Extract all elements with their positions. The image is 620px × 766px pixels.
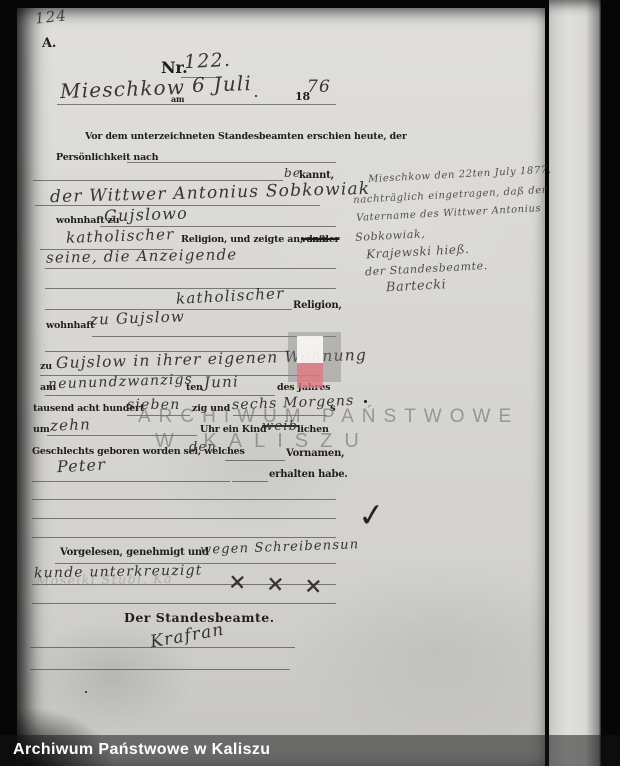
ruled-line: [57, 104, 336, 105]
ruled-line: [30, 669, 290, 670]
page-number-annotation: 124: [34, 8, 68, 26]
ten-label: ten: [186, 383, 203, 393]
margin-note-line: nachträglich eingetragen, daß der: [353, 186, 547, 206]
margin-note-line: Sobkowiak,: [355, 228, 426, 243]
ruled-line: [45, 268, 336, 269]
am-label: am: [171, 95, 184, 103]
record-number-value: 122.: [184, 51, 232, 72]
margin-note-1877: Mieschkow den 22ten July 1877. nachträgl…: [352, 166, 549, 311]
ruled-line: [127, 162, 336, 163]
archive-caption-bar: Archiwum Państwowe w Kaliszu: [0, 735, 620, 766]
ruled-line: [32, 603, 336, 604]
margin-note-line: Krajewski hieß.: [366, 243, 470, 260]
archive-caption-text: Archiwum Państwowe w Kaliszu: [13, 741, 270, 759]
ruled-line: [32, 481, 230, 482]
residence-handwritten-1: Gujslowo: [104, 206, 188, 225]
scanned-register-page: 124 A. Nr. 122. Mieschkow am 6 Juli 18 7…: [0, 0, 620, 766]
birth-hour-handwritten: zehn: [50, 417, 91, 433]
anzeigende-handwritten: seine, die Anzeigende: [46, 247, 238, 265]
erhalten-habe-label: erhalten habe.: [269, 470, 348, 480]
ink-speck: [364, 400, 367, 403]
adjacent-page-edge: [549, 0, 601, 766]
form-intro-text: Vor dem unterzeichneten Standesbeamten e…: [85, 132, 407, 142]
ruled-line: [30, 647, 295, 648]
ruled-line: [225, 460, 285, 461]
ink-speck: [85, 691, 87, 693]
ink-speck: [255, 95, 257, 97]
ruled-line: [33, 180, 283, 181]
religion-handwritten-1: katholischer: [66, 227, 175, 246]
wohnhaft-label-2: wohnhaft: [46, 321, 94, 331]
religion-label-2: Religion,: [293, 301, 342, 311]
ruled-line: [32, 584, 336, 585]
ruled-line: [32, 537, 336, 538]
registration-place: Mieschkow: [60, 77, 186, 101]
zu-label: zu: [40, 362, 52, 372]
watermark-text-line1: ARCHIWUM PAŃSTWOWE: [138, 407, 519, 426]
margin-note-line: der Standesbeamte.: [365, 260, 488, 277]
margin-note-signature: Bartecki: [386, 278, 447, 294]
birth-month-handwritten: Juni: [204, 374, 239, 390]
check-mark: ✓: [356, 495, 387, 536]
registration-date: 6 Juli: [192, 73, 253, 95]
form-letter: A.: [42, 37, 56, 50]
archive-logo-red-square: [297, 363, 323, 388]
child-first-name-handwritten: Peter: [57, 457, 107, 476]
struck-von-der: von der: [301, 235, 339, 245]
vorgelesen-label: Vorgelesen, genehmigt und: [60, 548, 209, 558]
residence-handwritten-2: zu Gujslow: [90, 309, 185, 327]
margin-note-line: Vatername des Wittwer Antonius: [356, 204, 542, 224]
um-label: um: [33, 425, 50, 435]
ruled-line: [232, 481, 268, 482]
ruled-line: [32, 499, 336, 500]
ruled-line: [32, 518, 336, 519]
archive-logo-white-square: [297, 336, 323, 363]
watermark-text-line2: W KALISZU: [155, 431, 371, 451]
year-handwritten: 76: [307, 79, 331, 96]
bleedthrough-writing: Moseiki Stubl. Ka: [36, 573, 173, 588]
